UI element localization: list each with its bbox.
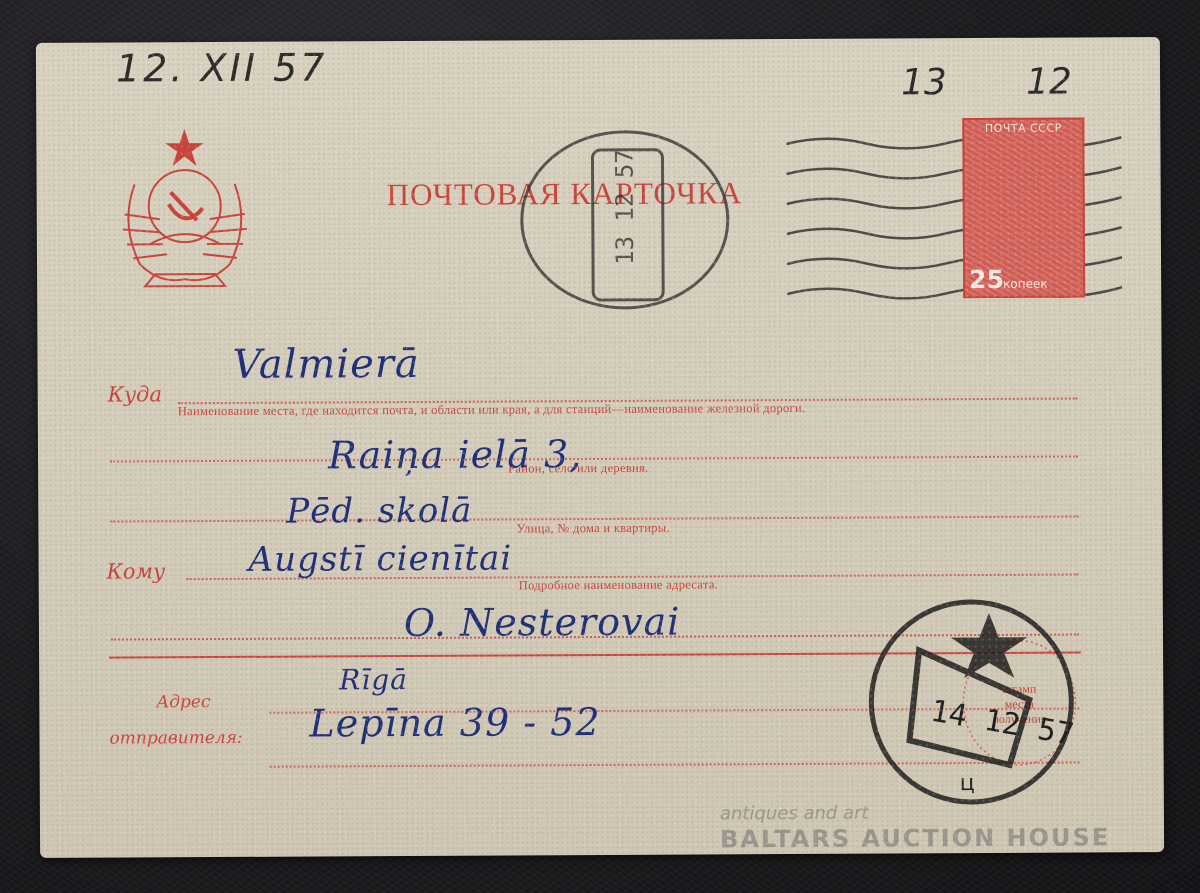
handwritten-city: Valmierā (232, 341, 419, 388)
pencil-number-note-2: 12 (1026, 62, 1072, 103)
handwritten-school: Pēd. skolā (286, 491, 472, 532)
handwritten-addressee: O. Nesterovai (404, 600, 681, 645)
postage-stamp: ПОЧТА СССР 25 копеек (962, 117, 1085, 298)
watermark-line-1: antiques and art (720, 803, 869, 825)
stamp-currency: копеек (1003, 277, 1048, 291)
handwritten-sender-city: Rīgā (339, 663, 408, 696)
handwritten-street: Raiņa ielā 3, (328, 432, 583, 477)
label-to-where: Куда (108, 382, 162, 406)
svg-text:14 12 57: 14 12 57 (928, 694, 1076, 753)
svg-text:13 12 57: 13 12 57 (610, 149, 639, 265)
stamp-value: 25 (969, 265, 1004, 294)
svg-text:ц: ц (960, 771, 975, 796)
arrival-postmark: 14 12 57 ц (859, 589, 1085, 815)
hint-addressee: Подробное наименование адресата. (519, 577, 718, 593)
departure-postmark: 13 12 57 (514, 124, 735, 310)
hint-street: Улица, № дома и квартиры. (516, 521, 670, 537)
ussr-coat-of-arms-icon (104, 124, 265, 295)
pencil-number-note: 13 (901, 62, 947, 103)
label-sender-1: Адрес (156, 692, 210, 712)
label-sender-2: отправителя: (109, 728, 242, 749)
handwritten-salutation: Augstī cienītai (248, 538, 512, 579)
stamp-header: ПОЧТА СССР (964, 121, 1082, 135)
handwritten-sender-street: Lepīna 39 - 52 (309, 700, 600, 746)
hint-place: Наименование места, где находится почта,… (178, 401, 806, 419)
watermark-line-2: BALTARS AUCTION HOUSE (720, 823, 1110, 853)
auction-watermark: antiques and art BALTARS AUCTION HOUSE (720, 803, 869, 825)
pencil-date-note: 12. XII 57 (116, 45, 328, 90)
postcard: 12. XII 57 13 12 ПОЧТОВАЯ КАРТОЧКА 13 12… (36, 37, 1164, 858)
label-to-whom: Кому (107, 559, 166, 583)
